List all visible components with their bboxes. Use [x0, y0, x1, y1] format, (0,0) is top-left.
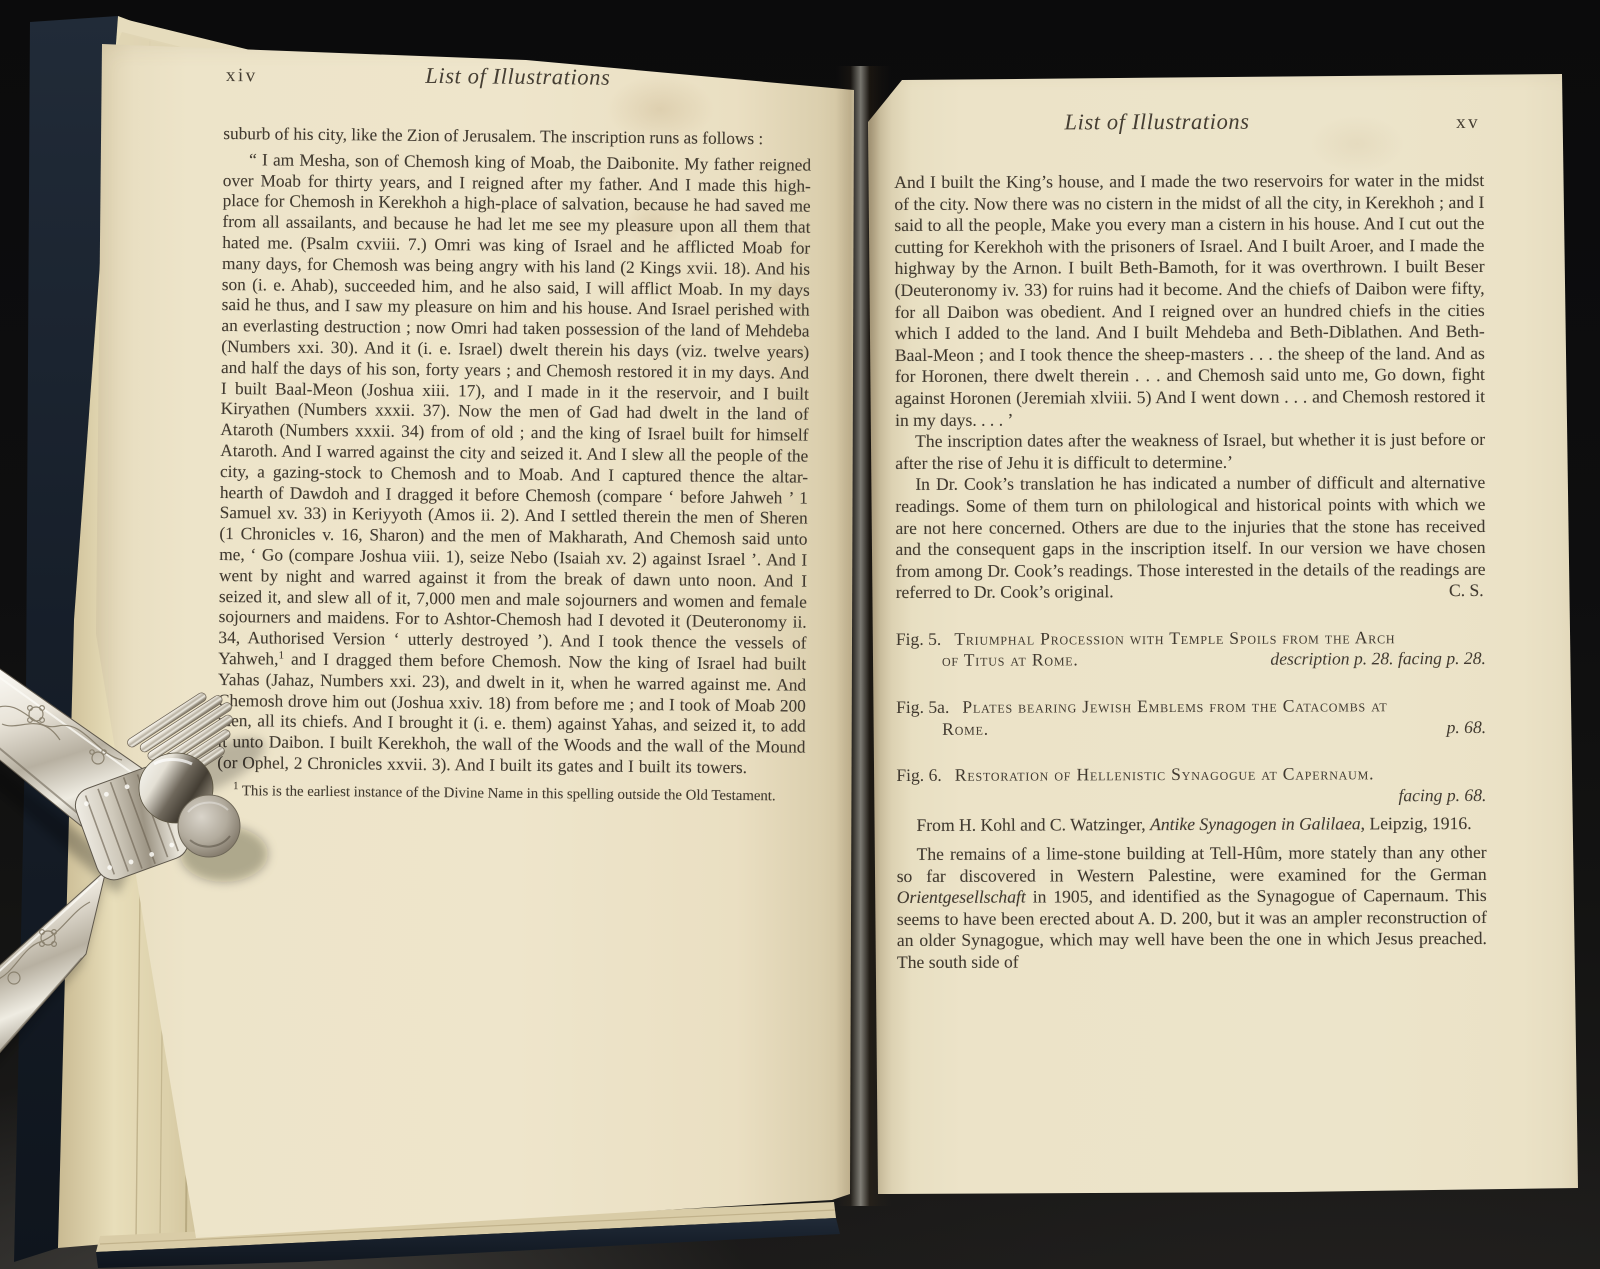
bookmark-disc [178, 795, 240, 857]
capernaum-text: The remains of a lime-stone building at … [897, 842, 1487, 886]
inscription-text-before-note: “ I am Mesha, son of Chemosh king of Moa… [218, 150, 811, 668]
editor-note-text: In Dr. Cook’s translation he has indicat… [895, 472, 1485, 602]
editor-initials: C. S. [1449, 580, 1484, 602]
left-page-text-block: xiv List of Illustrations suburb of his … [217, 62, 812, 806]
source-text: From H. Kohl and C. Watzinger, [916, 815, 1150, 836]
figure-title-line1: Plates bearing Jewish Emblems from the C… [962, 695, 1387, 718]
page-number-left: xiv [226, 66, 258, 87]
right-page-header: List of Illustrations xv [894, 108, 1484, 152]
figure-page-reference: p. 68. [1447, 717, 1487, 739]
figure-entry-6: Fig. 6. Restoration of Hellenistic Synag… [896, 763, 1486, 808]
running-title-right: List of Illustrations [894, 108, 1484, 134]
intro-paragraph: suburb of his city, like the Zion of Jer… [223, 124, 811, 150]
figure-title-line1: Restoration of Hellenistic Synagogue at … [955, 764, 1375, 787]
figure-entry-5a: Fig. 5a. Plates bearing Jewish Emblems f… [896, 695, 1486, 740]
figure-title-line2: Rome. [896, 718, 989, 740]
capernaum-paragraph: The remains of a lime-stone building at … [897, 842, 1487, 974]
figure-entry-5: Fig. 5. Triumphal Procession with Temple… [896, 627, 1486, 672]
source-title-italic: Antike Synagogen in Galilaea [1150, 814, 1361, 835]
footnote: 1 This is the earliest instance of the D… [217, 782, 805, 807]
figure-label: Fig. 5a. [896, 697, 949, 719]
inscription-quote: “ I am Mesha, son of Chemosh king of Moa… [217, 150, 811, 780]
orientgesellschaft-italic: Orientgesellschaft [897, 887, 1026, 907]
inscription-text-after-note: and I dragged them before Chemosh. Now t… [217, 650, 806, 777]
page-number-right: xv [1456, 112, 1480, 134]
bookmark-ribbon-lower [0, 870, 106, 1064]
right-page-text-block: List of Illustrations xv And I built the… [894, 108, 1487, 974]
figure-label: Fig. 6. [896, 765, 942, 787]
inscription-continued-paragraph: And I built the King’s house, and I made… [894, 170, 1485, 431]
figure-label: Fig. 5. [896, 629, 942, 651]
figure-page-reference: description p. 28. facing p. 28. [1270, 648, 1486, 670]
figure-title-line1: Triumphal Procession with Temple Spoils … [954, 627, 1395, 650]
dating-paragraph: The inscription dates after the weakness… [895, 429, 1485, 474]
source-text: , Leipzig, 1916. [1361, 813, 1472, 833]
book-photograph: { "left_page": { "folio": "xiv", "runnin… [0, 0, 1600, 1269]
source-citation: From H. Kohl and C. Watzinger, Antike Sy… [896, 813, 1486, 837]
right-page: List of Illustrations xv And I built the… [862, 64, 1580, 1210]
editor-note-paragraph: In Dr. Cook’s translation he has indicat… [895, 472, 1485, 604]
silver-bookmark-clip [0, 612, 290, 1082]
figure-title-line2 [896, 787, 942, 809]
footnote-text: This is the earliest instance of the Div… [238, 783, 775, 804]
figure-page-reference: facing p. 68. [1398, 785, 1486, 807]
figure-title-line2: of Titus at Rome. [896, 650, 1079, 672]
